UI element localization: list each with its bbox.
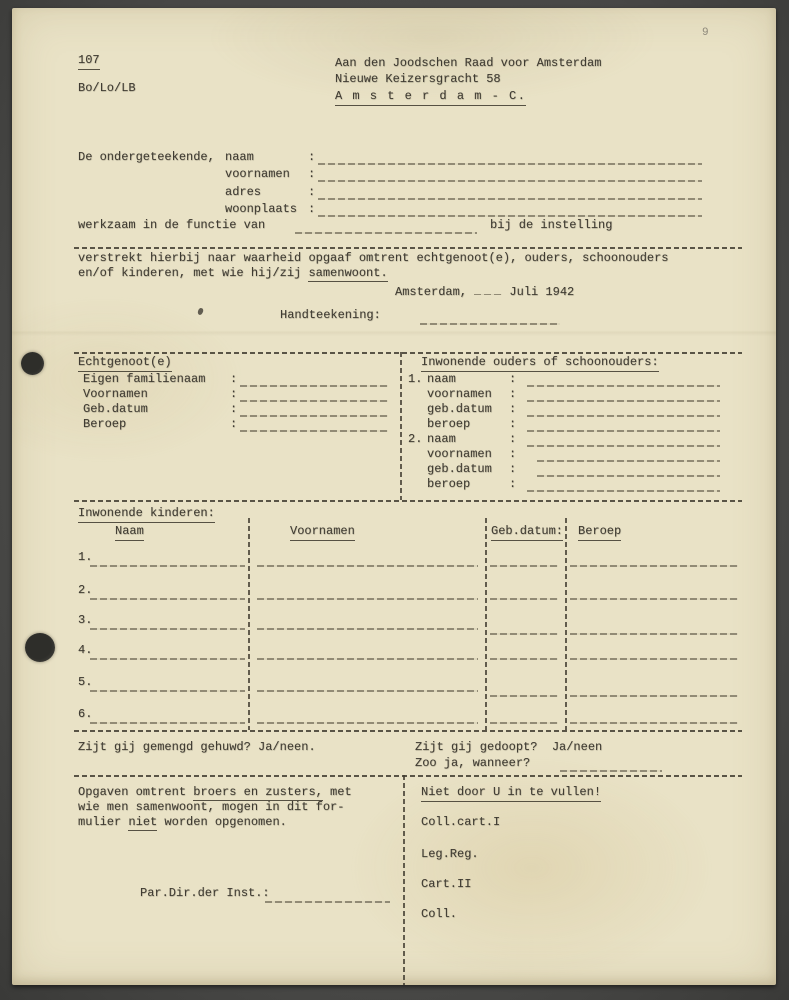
fill-line: [537, 460, 720, 462]
intro-prefix: De ondergeteekende,: [78, 150, 215, 165]
table-cell-line: [490, 722, 558, 724]
fill-line-adres: [318, 198, 702, 200]
fill-line: [527, 385, 720, 387]
date-day-blank: [474, 294, 502, 296]
table-cell-line: [257, 598, 478, 600]
fill-line: [527, 490, 720, 492]
routing-code: Bo/Lo/LB: [78, 81, 136, 96]
signature-label: Handteekening:: [280, 308, 381, 323]
dashed-divider: [74, 500, 742, 502]
row-number: 3.: [78, 613, 92, 628]
employment-suffix: bij de instelling: [490, 218, 612, 233]
date-month-year: Juli 1942: [509, 285, 574, 299]
inlaws-label: geb.datum: [427, 402, 492, 417]
colon: :: [509, 372, 516, 387]
table-cell-line: [90, 722, 245, 724]
fill-line: [527, 415, 720, 417]
colon: :: [509, 417, 516, 432]
dashed-divider: [74, 730, 742, 732]
question-mixed-marriage: Zijt gij gemengd gehuwd? Ja/neen.: [78, 740, 316, 755]
dashed-divider: [74, 352, 742, 354]
table-cell-line: [570, 598, 738, 600]
fill-line: [527, 445, 720, 447]
colon: :: [308, 167, 315, 182]
table-cell-line: [257, 658, 478, 660]
row-number: 1.: [78, 550, 92, 565]
inlaws-label: naam: [427, 432, 456, 447]
field-label-woonplaats: woonplaats: [225, 202, 297, 217]
column-header-gebdatum: Geb.datum:: [491, 524, 563, 541]
colon: :: [509, 432, 516, 447]
declaration-samenwoont: samenwoont.: [308, 266, 387, 282]
table-cell-line: [90, 628, 245, 630]
note-text: worden opgenomen.: [157, 815, 287, 829]
table-cell-line: [490, 598, 558, 600]
employment-prefix: werkzaam in de functie van: [78, 218, 265, 233]
inlaws-label: naam: [427, 372, 456, 387]
office-item: Cart.II: [421, 877, 471, 892]
table-cell-line: [90, 658, 245, 660]
table-cell-line: [490, 565, 558, 567]
children-section-title: Inwonende kinderen:: [78, 506, 215, 523]
inlaws-label: voornamen: [427, 387, 492, 402]
row-number: 4.: [78, 643, 92, 658]
fill-line-voornamen: [318, 180, 702, 182]
table-cell-line: [257, 690, 478, 692]
table-cell-line: [90, 690, 245, 692]
fill-line: [527, 400, 720, 402]
table-cell-line: [257, 722, 478, 724]
spouse-section-title: Echtgenoot(e): [78, 355, 172, 372]
vertical-dashed-divider: [400, 352, 402, 500]
table-cell-line: [570, 722, 738, 724]
table-cell-line: [490, 695, 558, 697]
form-page: 107 Bo/Lo/LB 9 Aan den Joodschen Raad vo…: [12, 8, 776, 985]
table-cell-line: [257, 565, 478, 567]
vertical-dashed-divider: [403, 775, 405, 985]
field-label-naam: naam: [225, 150, 254, 165]
office-item: Leg.Reg.: [421, 847, 479, 862]
fill-line: [240, 400, 388, 402]
office-box-title: Niet door U in te vullen!: [421, 785, 601, 802]
note-text: mulier: [78, 815, 128, 829]
question-baptized: Zijt gij gedoopt? Ja/neen: [415, 740, 602, 755]
siblings-note-line2: wie men samenwoont, mogen in dit for-: [78, 800, 344, 815]
note-text: met: [323, 785, 352, 799]
declaration-line2-prefix: en/of kinderen, met wie hij/zij: [78, 266, 308, 280]
siblings-note-line1: Opgaven omtrent broers en zusters, met: [78, 785, 352, 800]
fill-line: [527, 430, 720, 432]
fill-line-woonplaats: [318, 215, 702, 217]
table-cell-line: [257, 628, 478, 630]
table-cell-line: [570, 633, 738, 635]
spouse-label-familienaam: Eigen familienaam: [83, 372, 205, 387]
signature-line: [420, 323, 560, 325]
inlaws-label: beroep: [427, 417, 470, 432]
table-column-divider: [485, 518, 487, 730]
recipient-line1: Aan den Joodschen Raad voor Amsterdam: [335, 56, 601, 71]
colon: :: [509, 447, 516, 462]
inlaws-label: voornamen: [427, 447, 492, 462]
column-header-naam: Naam: [115, 524, 144, 541]
pencil-mark: 9: [702, 26, 709, 41]
row-number: 2.: [78, 583, 92, 598]
colon: :: [509, 462, 516, 477]
office-item: Coll.: [421, 907, 457, 922]
inlaws-section-title: Inwonende ouders of schoonouders:: [421, 355, 659, 372]
punch-hole: [25, 633, 55, 662]
table-cell-line: [490, 633, 558, 635]
colon: :: [509, 387, 516, 402]
declaration-line2: en/of kinderen, met wie hij/zij samenwoo…: [78, 266, 388, 281]
ink-spot: [197, 307, 204, 315]
table-cell-line: [570, 658, 738, 660]
field-label-adres: adres: [225, 185, 261, 200]
punch-hole: [21, 352, 44, 375]
colon: :: [509, 477, 516, 492]
field-label-voornamen: voornamen: [225, 167, 290, 182]
office-item: Coll.cart.I: [421, 815, 500, 830]
spouse-label-gebdatum: Geb.datum: [83, 402, 148, 417]
colon: :: [308, 202, 315, 217]
date-city: Amsterdam,: [395, 285, 467, 299]
colon: :: [230, 387, 237, 402]
dashed-divider: [74, 247, 742, 249]
note-text: Opgaven omtrent: [78, 785, 193, 799]
table-cell-line: [490, 658, 558, 660]
table-cell-line: [90, 598, 245, 600]
table-column-divider: [248, 518, 250, 730]
note-underlined: broers en zusters,: [193, 785, 323, 801]
fill-line: [240, 430, 388, 432]
par-dir-label: Par.Dir.der Inst.:: [140, 886, 270, 901]
colon: :: [230, 372, 237, 387]
declaration-line1: verstrekt hierbij naar waarheid opgaaf o…: [78, 251, 669, 266]
table-cell-line: [570, 695, 738, 697]
answer-line: [560, 770, 662, 772]
date-line: Amsterdam, Juli 1942: [395, 285, 574, 300]
inlaws-number-1: 1.: [408, 372, 422, 387]
ref-number: 107: [78, 53, 100, 70]
par-dir-line: [265, 901, 390, 903]
colon: :: [308, 150, 315, 165]
question-baptized-when: Zoo ja, wanneer?: [415, 756, 530, 771]
colon: :: [308, 185, 315, 200]
fill-line: [537, 475, 720, 477]
row-number: 5.: [78, 675, 92, 690]
dashed-divider: [74, 775, 742, 777]
table-cell-line: [90, 565, 245, 567]
inlaws-label: beroep: [427, 477, 470, 492]
column-header-voornamen: Voornamen: [290, 524, 355, 541]
inlaws-label: geb.datum: [427, 462, 492, 477]
fill-line: [240, 385, 388, 387]
spouse-label-voornamen: Voornamen: [83, 387, 148, 402]
table-column-divider: [565, 518, 567, 730]
inlaws-number-2: 2.: [408, 432, 422, 447]
note-underlined: niet: [128, 815, 157, 831]
recipient-city: A m s t e r d a m - C.: [335, 89, 526, 106]
fill-line-functie: [295, 232, 477, 234]
colon: :: [509, 402, 516, 417]
fill-line-naam: [318, 163, 702, 165]
column-header-beroep: Beroep: [578, 524, 621, 541]
fill-line: [240, 415, 388, 417]
siblings-note-line3: mulier niet worden opgenomen.: [78, 815, 287, 830]
spouse-label-beroep: Beroep: [83, 417, 126, 432]
colon: :: [230, 417, 237, 432]
table-cell-line: [570, 565, 738, 567]
scanned-document: { "punct": { "colon": ":" }, "header": {…: [0, 0, 789, 1000]
colon: :: [230, 402, 237, 417]
recipient-line2: Nieuwe Keizersgracht 58: [335, 72, 501, 87]
row-number: 6.: [78, 707, 92, 722]
